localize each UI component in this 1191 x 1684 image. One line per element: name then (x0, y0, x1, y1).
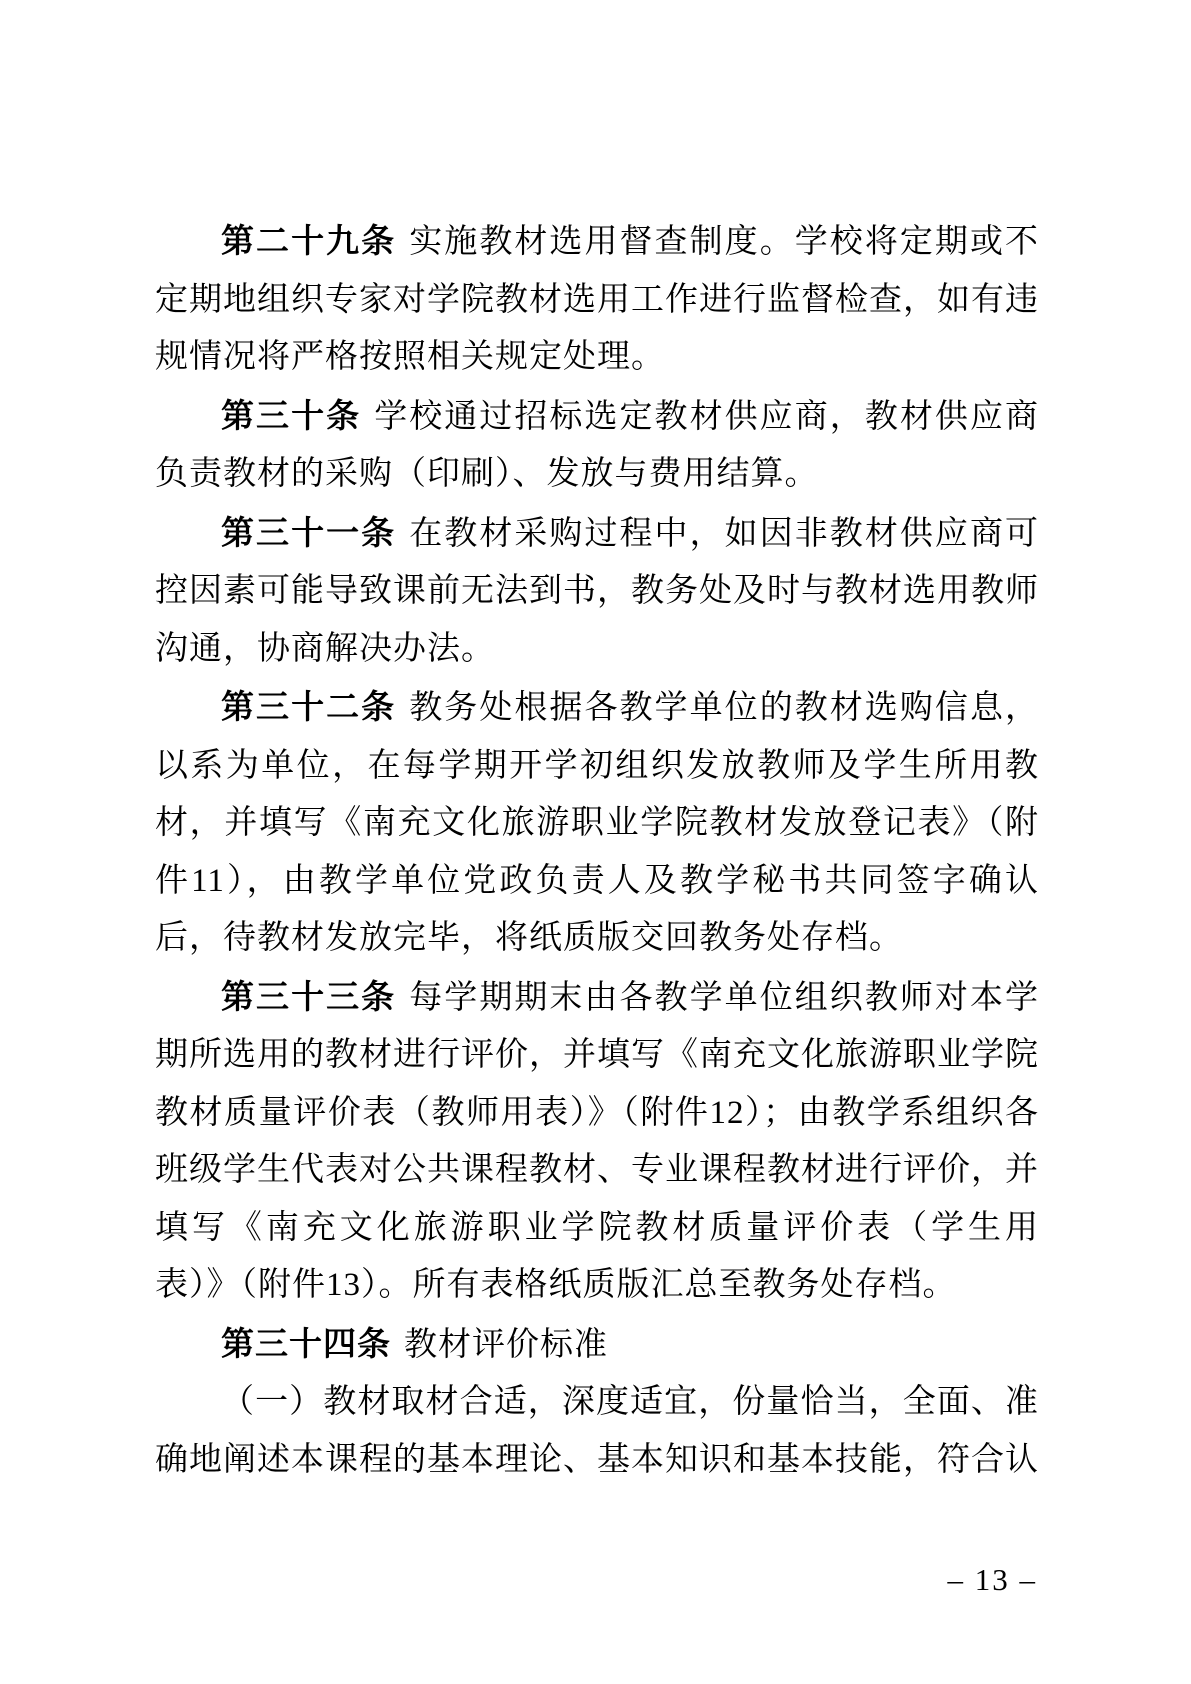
article-33-text: 每学期期末由各教学单位组织教师对本学期所选用的教材进行评价，并填写《南充文化旅游… (155, 980, 1039, 1304)
clause-1-paragraph: （一）教材取材合适，深度适宜，份量恰当，全面、准确地阐述本课程的基本理论、基本知… (155, 1374, 1039, 1489)
article-31-number: 第三十一条 (221, 513, 396, 552)
article-34-number: 第三十四条 (221, 1324, 391, 1363)
article-34-text: 教材评价标准 (404, 1327, 608, 1363)
article-33-number: 第三十三条 (221, 977, 396, 1016)
article-29-paragraph: 第二十九条实施教材选用督查制度。学校将定期或不定期地组织专家对学院教材选用工作进… (155, 212, 1039, 387)
article-33-paragraph: 第三十三条每学期期末由各教学单位组织教师对本学期所选用的教材进行评价，并填写《南… (155, 968, 1039, 1315)
page-footer: – 13 – (948, 1562, 1038, 1598)
clause-1-text: （一）教材取材合适，深度适宜，份量恰当，全面、准确地阐述本课程的基本理论、基本知… (155, 1384, 1039, 1478)
article-32-text: 教务处根据各教学单位的教材选购信息，以系为单位，在每学期开学初组织发放教师及学生… (155, 690, 1039, 956)
article-32-paragraph: 第三十二条教务处根据各教学单位的教材选购信息，以系为单位，在每学期开学初组织发放… (155, 678, 1039, 968)
article-30-paragraph: 第三十条学校通过招标选定教材供应商，教材供应商负责教材的采购（印刷）、发放与费用… (155, 387, 1039, 504)
article-32-number: 第三十二条 (221, 687, 396, 726)
document-page: 第二十九条实施教材选用督查制度。学校将定期或不定期地组织专家对学院教材选用工作进… (0, 0, 1191, 1684)
article-31-paragraph: 第三十一条在教材采购过程中，如因非教材供应商可控因素可能导致课前无法到书，教务处… (155, 504, 1039, 679)
article-34-paragraph: 第三十四条教材评价标准 (155, 1315, 1039, 1375)
article-29-number: 第二十九条 (221, 221, 396, 260)
page-number: – 13 – (948, 1562, 1038, 1597)
document-text-block: 第二十九条实施教材选用督查制度。学校将定期或不定期地组织专家对学院教材选用工作进… (155, 212, 1039, 1489)
article-30-number: 第三十条 (221, 396, 361, 435)
